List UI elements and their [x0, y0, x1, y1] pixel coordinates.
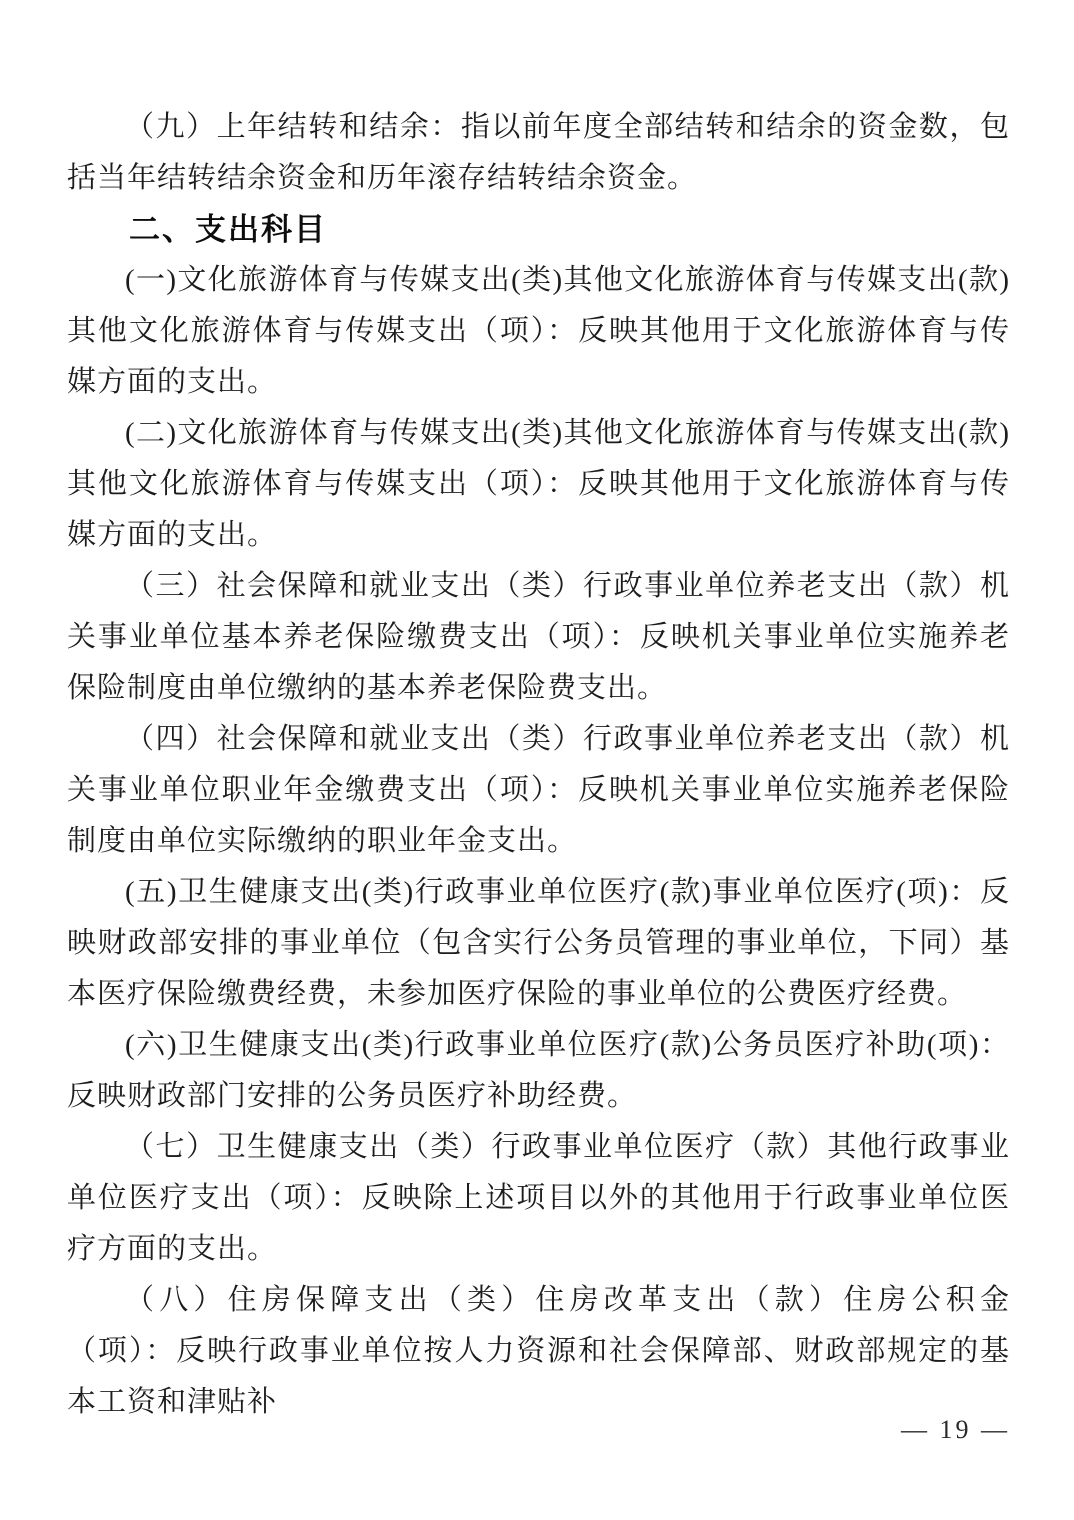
expenditure-item-1: (一)文化旅游体育与传媒支出(类)其他文化旅游体育与传媒支出(款)其他文化旅游体… [67, 255, 1010, 408]
expenditure-item-5: (五)卫生健康支出(类)行政事业单位医疗(款)事业单位医疗(项)：反映财政部安排… [67, 867, 1010, 1020]
expenditure-item-3: （三）社会保障和就业支出（类）行政事业单位养老支出（款）机关事业单位基本养老保险… [67, 561, 1010, 714]
expenditure-item-7: （七）卫生健康支出（类）行政事业单位医疗（款）其他行政事业单位医疗支出（项）：反… [67, 1122, 1010, 1275]
document-page: （九）上年结转和结余：指以前年度全部结转和结余的资金数，包括当年结转结余资金和历… [0, 0, 1074, 1520]
expenditure-item-8: （八）住房保障支出（类）住房改革支出（款）住房公积金（项）：反映行政事业单位按人… [67, 1275, 1010, 1428]
section-heading-expenditure-subjects: 二、支出科目 [67, 204, 1010, 255]
expenditure-item-6: (六)卫生健康支出(类)行政事业单位医疗(款)公务员医疗补助(项)：反映财政部门… [67, 1020, 1010, 1122]
expenditure-item-4: （四）社会保障和就业支出（类）行政事业单位养老支出（款）机关事业单位职业年金缴费… [67, 714, 1010, 867]
page-content: （九）上年结转和结余：指以前年度全部结转和结余的资金数，包括当年结转结余资金和历… [67, 102, 1010, 1428]
paragraph-prev-year-carryover: （九）上年结转和结余：指以前年度全部结转和结余的资金数，包括当年结转结余资金和历… [67, 102, 1010, 204]
expenditure-item-2: (二)文化旅游体育与传媒支出(类)其他文化旅游体育与传媒支出(款)其他文化旅游体… [67, 408, 1010, 561]
page-number: — 19 — [901, 1410, 1010, 1450]
